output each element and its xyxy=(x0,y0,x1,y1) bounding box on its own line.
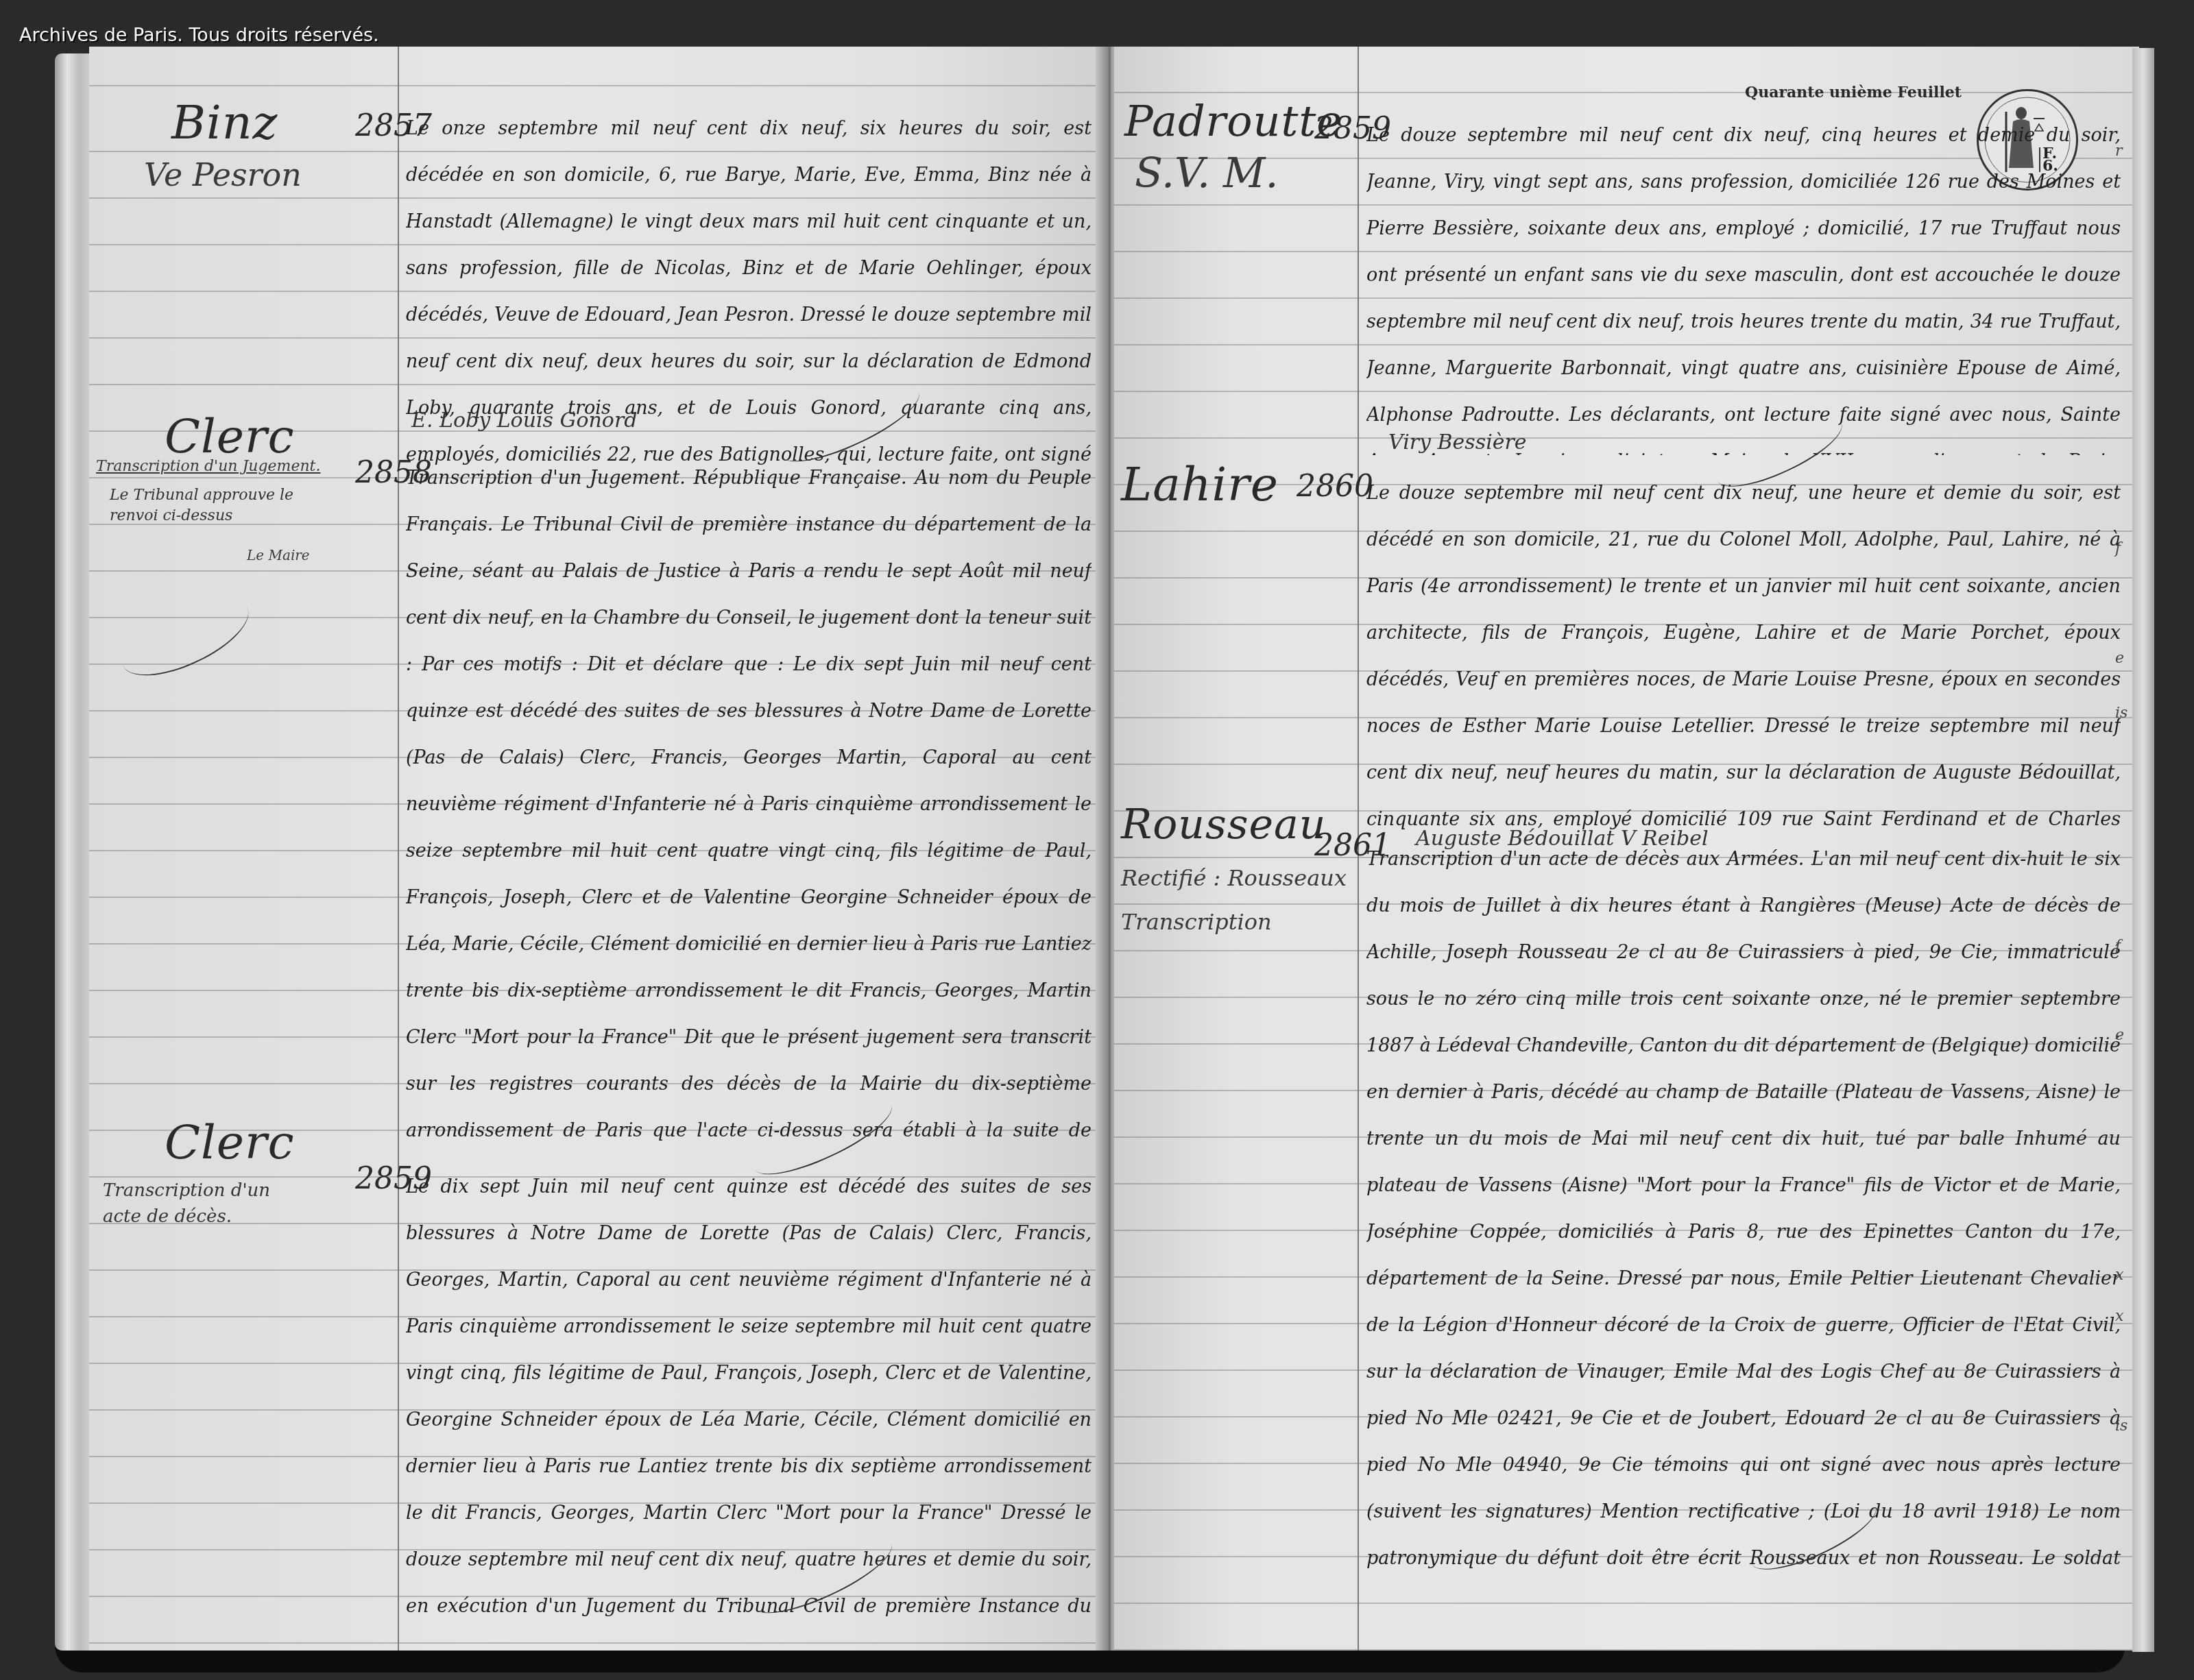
left-page: Binz Ve Pesron 2857 Le onze septembre mi… xyxy=(89,47,1104,1651)
margin-sub-binz: Ve Pesron xyxy=(144,156,302,193)
margin-mark: f xyxy=(2115,938,2121,955)
margin-sub-padroutte: S.V. M. xyxy=(1135,149,1279,197)
copyright-watermark: Archives de Paris. Tous droits réservés. xyxy=(19,25,379,46)
margin-mark: x xyxy=(2115,1308,2123,1325)
margin-mark: is xyxy=(2115,1417,2127,1435)
margin-name-rousseau: Rousseau xyxy=(1121,801,1326,849)
margin-sub-rectifie: Rectifié : Rousseaux xyxy=(1121,865,1347,891)
entry-text-2860: Le douze septembre mil neuf cent dix neu… xyxy=(1366,470,2121,840)
margin-sub-clerc-2: Transcription d'un acte de décès. xyxy=(103,1178,281,1230)
entry-number-2860: 2860 xyxy=(1297,469,1373,504)
entry-text-2859-left: Le dix sept Juin mil neuf cent quinze es… xyxy=(406,1164,1092,1630)
page-edges-right xyxy=(2132,48,2154,1652)
margin-name-lahire: Lahire xyxy=(1121,458,1279,512)
margin-name-binz: Binz xyxy=(171,96,278,150)
margin-name-clerc-1: Clerc xyxy=(165,410,295,464)
margin-mark: e xyxy=(2115,1027,2124,1044)
margin-mark: f xyxy=(2115,540,2121,557)
margin-signature-flourish xyxy=(111,583,259,692)
margin-rule xyxy=(398,47,399,1651)
margin-note-maire: Le Maire xyxy=(247,547,310,563)
folio-header: Quarante unième Feuillet xyxy=(1745,84,1962,101)
witness-signatures-2859: Viry Bessière xyxy=(1388,430,1527,454)
witness-signatures-2857: E. Loby Louis Gonord xyxy=(411,409,637,433)
margin-mark: x xyxy=(2115,1267,2123,1284)
margin-name-clerc-2: Clerc xyxy=(165,1116,295,1170)
margin-sub-transcription: Transcription xyxy=(1121,909,1272,935)
right-page: Quarante unième Feuillet F. 6. Padroutte… xyxy=(1114,47,2139,1651)
margin-name-padroutte: Padroutte xyxy=(1124,96,1342,146)
entry-text-2859-right: Le douze septembre mil neuf cent dix neu… xyxy=(1366,112,2121,455)
entry-text-2858: Transcription d'un Jugement. République … xyxy=(406,455,1092,1154)
entry-text-2861: Transcription d'un acte de décès aux Arm… xyxy=(1366,836,2121,1583)
margin-mark: e xyxy=(2115,650,2124,667)
margin-note-tribunal: Le Tribunal approuve le renvoi ci-dessus xyxy=(110,485,302,526)
margin-mark: is xyxy=(2115,705,2127,722)
right-margin-marks: r f e is f e x x is xyxy=(2108,47,2136,1651)
margin-mark: r xyxy=(2115,143,2123,160)
margin-sub-clerc-1: Transcription d'un Jugement. xyxy=(96,458,320,475)
